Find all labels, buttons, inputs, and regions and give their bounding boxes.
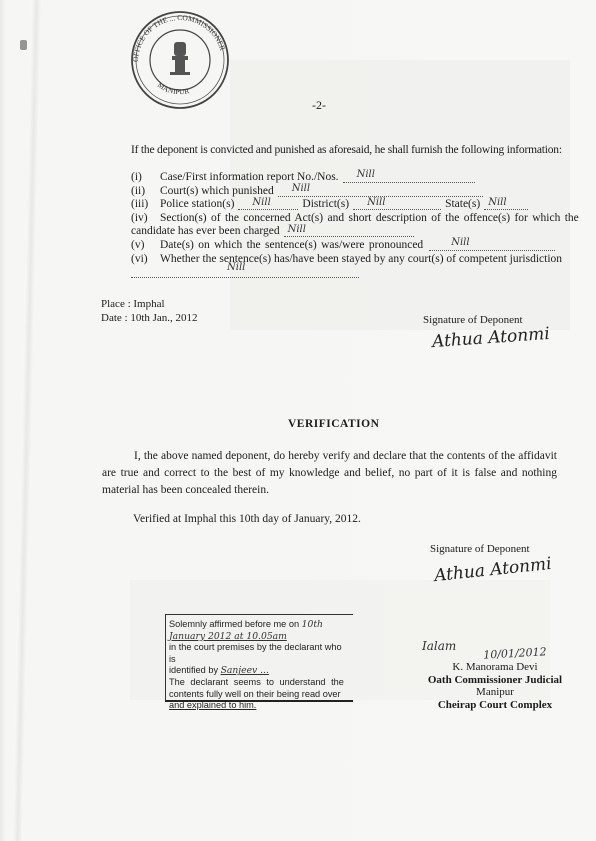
answer-field: Nill [484, 198, 528, 210]
handwritten-answer: Nill [252, 196, 270, 210]
item-number: (i) [131, 171, 160, 185]
list-item: (v) Date(s) on which the sentence(s) was… [131, 239, 555, 253]
place-text: Place : Imphal [101, 297, 198, 311]
handwritten-answer: Nill [488, 196, 506, 210]
handwritten-date-time: January 2012 at 10.05am [169, 631, 350, 643]
list-item: (iv) Section(s) of the concerned Act(s) … [131, 212, 555, 226]
signature-label: Signature of Deponent [430, 543, 530, 555]
verification-paragraph: I, the above named deponent, do hereby v… [102, 448, 557, 499]
item-number: (v) [131, 239, 160, 253]
answer-field: Nill [429, 239, 555, 251]
stamp-line: The declarant seems to understand the [169, 677, 350, 689]
national-emblem-icon [170, 42, 190, 75]
item-label: State(s) [445, 198, 480, 212]
intro-text: If the deponent is convicted and punishe… [131, 144, 562, 156]
office-seal-stamp: OFFICE OF THE ... COMMISSIONER MANIPUR [118, 2, 242, 110]
item-number: (ii) [131, 185, 160, 199]
verified-line: Verified at Imphal this 10th day of Janu… [133, 513, 361, 525]
answer-field: Nill [131, 266, 359, 278]
conviction-info-list: (i) Case/First information report No./No… [131, 171, 555, 278]
item-label: Section(s) of the concerned Act(s) and s… [160, 212, 579, 226]
handwritten-answer: Nill [292, 182, 310, 196]
item-label: Case/First information report No./Nos. [160, 171, 339, 185]
date-text: Date : 10th Jan., 2012 [101, 311, 198, 325]
punch-hole [20, 40, 27, 50]
answer-field: Nill [353, 198, 441, 210]
verification-title: VERIFICATION [288, 418, 379, 430]
handwritten-answer: Nill [227, 261, 245, 275]
stamp-line: Solemnly affirmed before me on [169, 619, 299, 629]
handwritten-date: 10th [302, 619, 323, 630]
item-number: (vi) [131, 253, 160, 267]
stamp-line: contents fully well on their being read … [169, 689, 350, 701]
list-item-continuation: candidate has ever been charged Nill [131, 225, 555, 239]
affirmation-stamp: Solemnly affirmed before me on 10th Janu… [165, 614, 353, 702]
item-label: Police station(s) [160, 198, 234, 212]
seal-text-bottom: MANIPUR [156, 80, 190, 96]
answer-field: Nill [238, 198, 298, 210]
stamp-line: identified by [169, 665, 218, 675]
item-label: District(s) [302, 198, 349, 212]
stamp-line: in the court premises by the declarant w… [169, 642, 350, 665]
stamp-line: and explained to him. [169, 700, 350, 712]
list-item: (iii) Police station(s) Nill District(s)… [131, 198, 555, 212]
item-label: Date(s) on which the sentence(s) was/wer… [160, 239, 423, 253]
page-number: -2- [312, 98, 326, 113]
item-label: candidate has ever been charged [131, 225, 280, 239]
list-item: (i) Case/First information report No./No… [131, 171, 555, 185]
commissioner-title: Oath Commissioner Judicial [410, 674, 580, 687]
answer-field: Nill [343, 171, 475, 183]
signature-label: Signature of Deponent [423, 314, 523, 326]
handwritten-answer: Nill [288, 223, 306, 237]
handwritten-identifier: Sanjeev ... [221, 665, 269, 676]
svg-text:MANIPUR: MANIPUR [156, 80, 190, 96]
commissioner-state: Manipur [410, 686, 580, 699]
item-number: (iv) [131, 212, 160, 226]
list-item-continuation: Nill [131, 266, 555, 278]
item-number: (iii) [131, 198, 160, 212]
oath-commissioner-stamp: Ialam 10/01/2012 K. Manorama Devi Oath C… [410, 640, 580, 712]
list-item: (vi) Whether the sentence(s) has/have be… [131, 253, 555, 267]
answer-field: Nill [284, 225, 414, 237]
item-label: Whether the sentence(s) has/have been st… [160, 253, 562, 267]
handwritten-answer: Nill [357, 168, 375, 182]
commissioner-location: Cheirap Court Complex [410, 699, 580, 712]
handwritten-answer: Nill [367, 196, 385, 210]
handwritten-answer: Nill [451, 236, 469, 250]
place-date-block: Place : Imphal Date : 10th Jan., 2012 [101, 297, 198, 325]
